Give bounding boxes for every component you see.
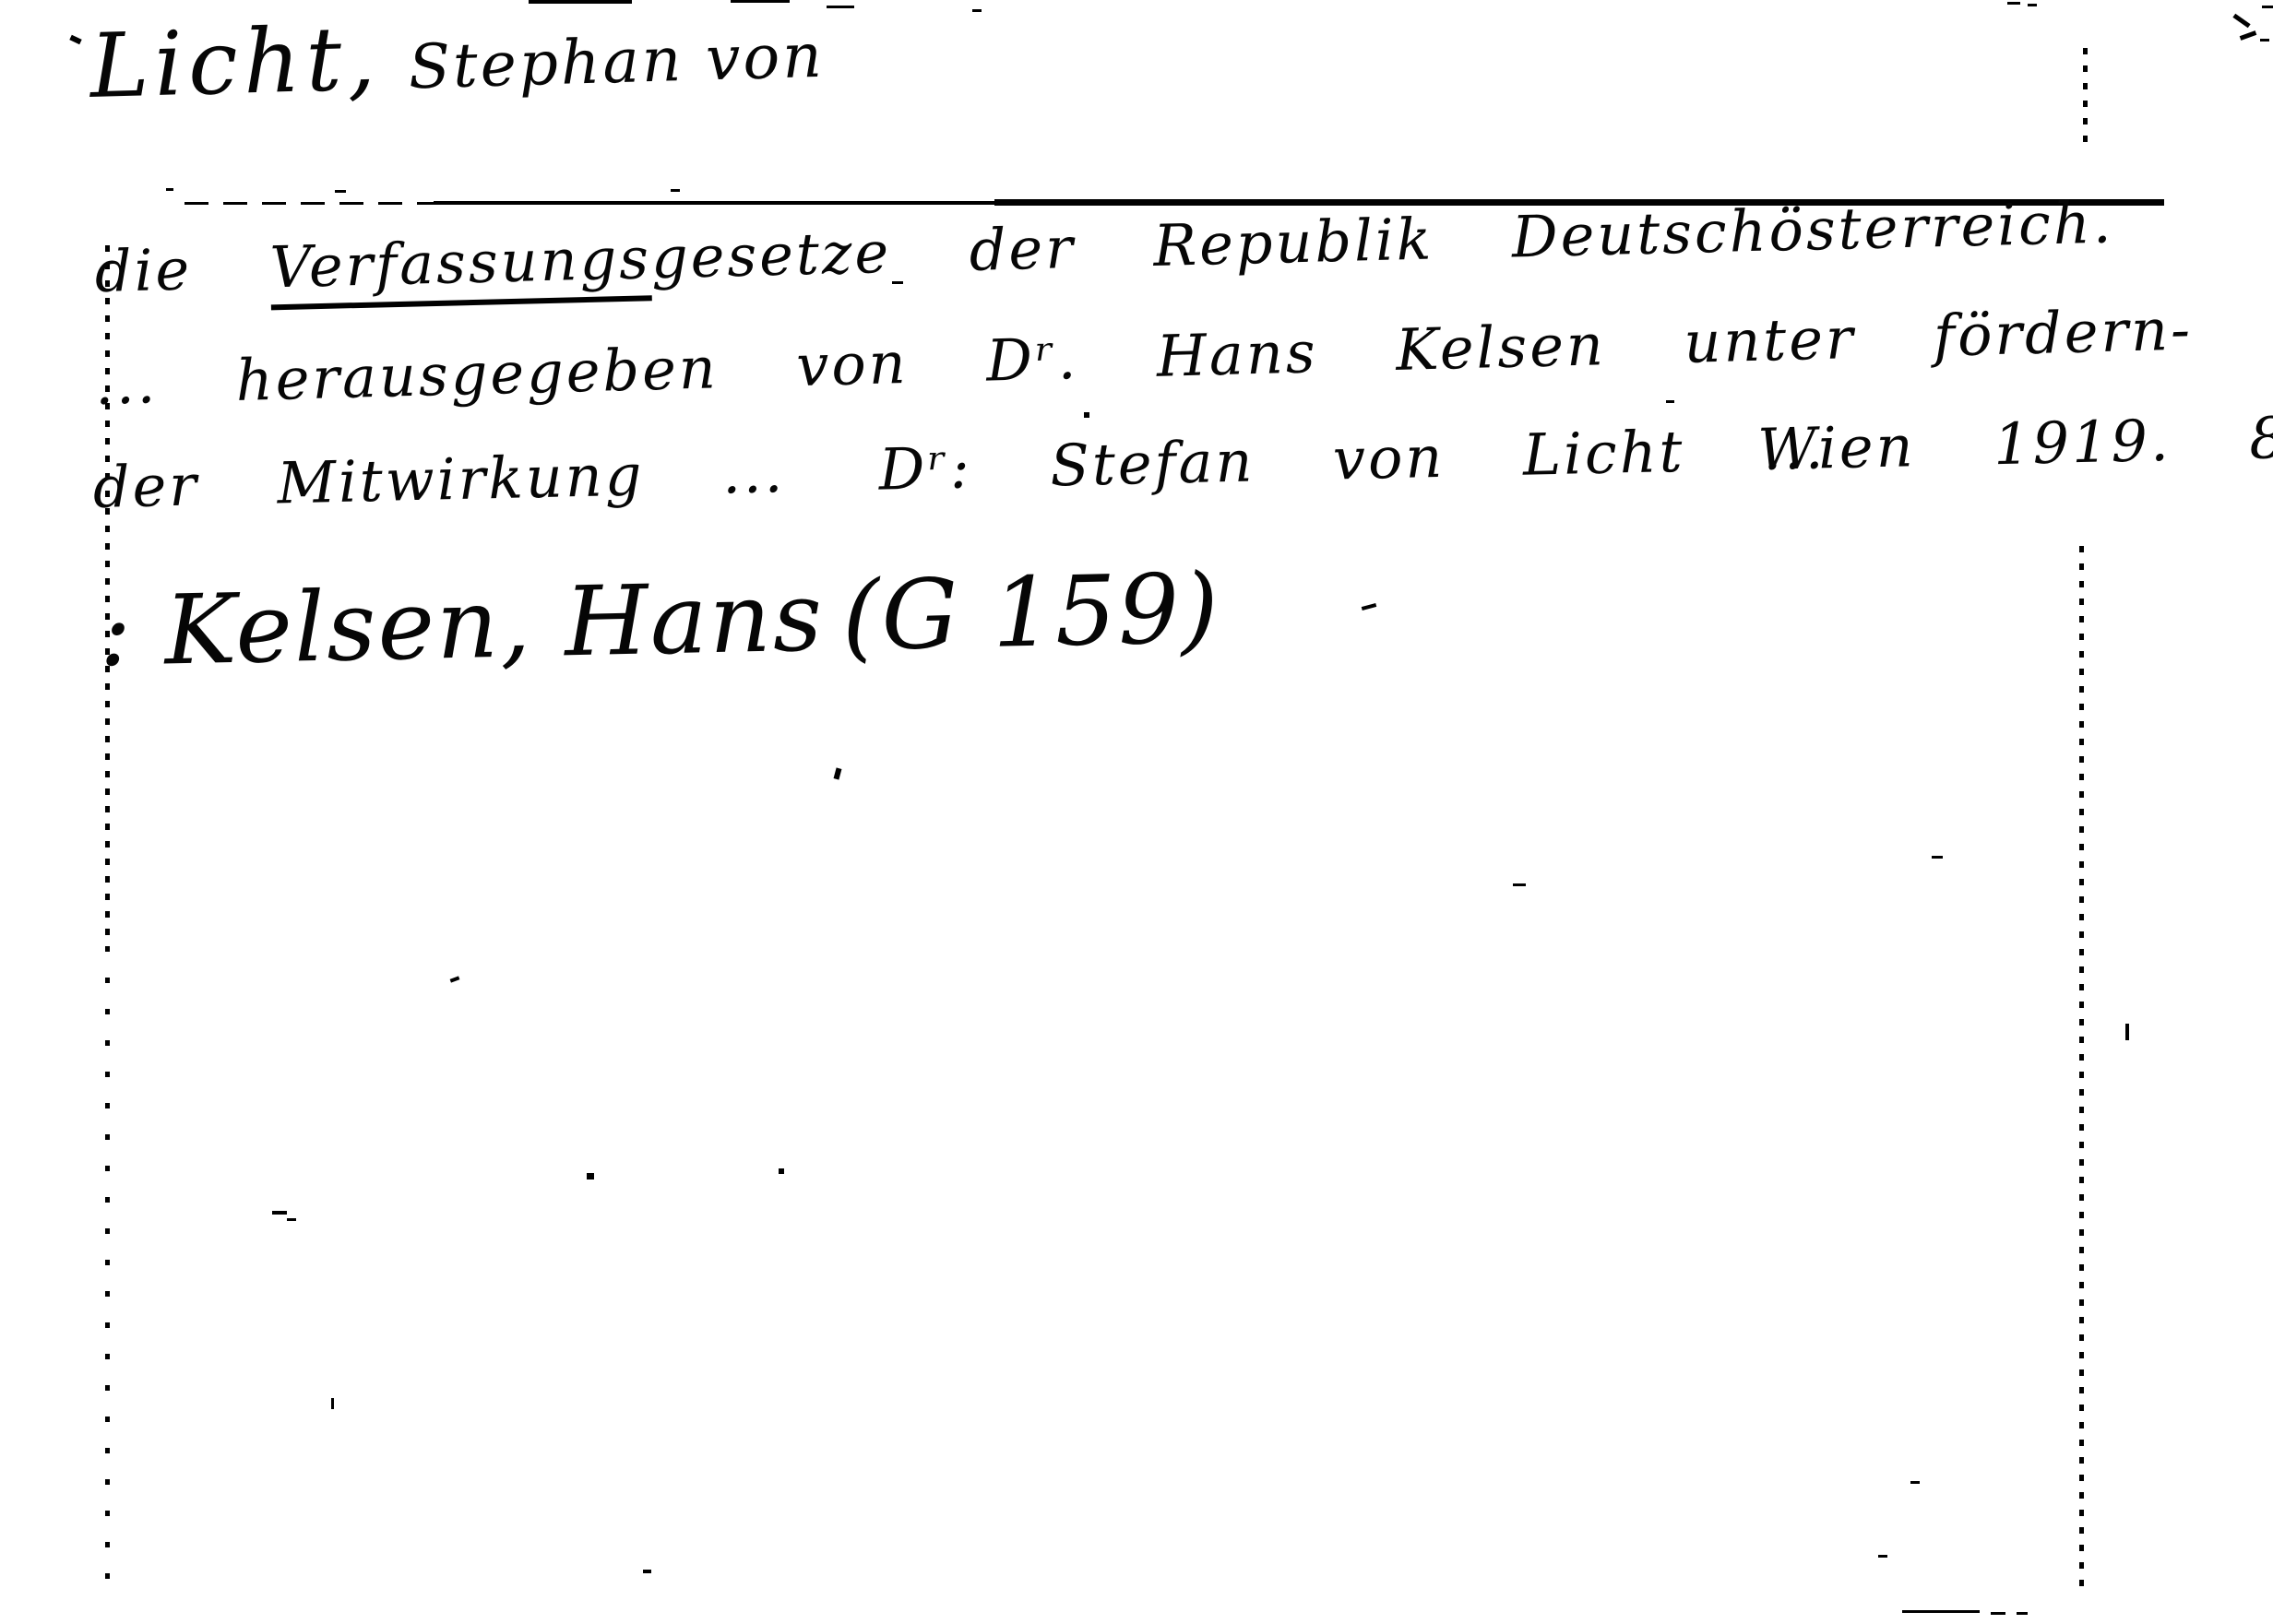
imprint-middle: Dʳ: Stefan von Licht ... xyxy=(878,414,1827,503)
imprint-right: Wien 1919. 8°. xyxy=(1757,403,2273,483)
scan-speck xyxy=(1878,1555,1887,1558)
scan-speck xyxy=(827,6,854,8)
scan-speck xyxy=(1932,856,1943,859)
scan-speck xyxy=(972,9,982,12)
scan-speck xyxy=(2028,4,2037,6)
scan-speck xyxy=(1910,1481,1920,1484)
title-pre: die xyxy=(94,233,271,305)
scan-speck xyxy=(1513,883,1526,886)
bottom-rule-dash xyxy=(2017,1612,2028,1615)
scan-speck xyxy=(1362,603,1376,610)
cross-reference-shelfmark: (G 159) xyxy=(841,552,1221,673)
scan-speck xyxy=(2007,2,2020,5)
scan-speck xyxy=(779,1168,784,1174)
left-margin-dotted-line-lower xyxy=(105,946,110,1583)
entry-editor-line: ... herausgegeben von Dʳ. Hans Kelsen un… xyxy=(94,295,2194,418)
heading-author-line: Licht,Stephan von xyxy=(89,0,826,118)
scan-squiggle xyxy=(2240,30,2257,41)
cross-reference-name: Kelsen, Hans xyxy=(163,561,825,687)
scan-speck xyxy=(272,1211,287,1215)
bottom-rule-dash xyxy=(1991,1612,2005,1615)
scan-speck xyxy=(450,976,460,982)
scan-speck xyxy=(643,1570,651,1573)
heading-forename: Stephan von xyxy=(408,20,826,103)
bottom-rule-segment xyxy=(1902,1610,1980,1613)
imprint-left: der Mitwirkung ... xyxy=(92,438,786,521)
header-rule-mid xyxy=(434,201,996,205)
scan-speck xyxy=(287,1218,296,1221)
title-underlined-word: Verfassungs xyxy=(269,224,652,310)
cross-reference-line: :Kelsen, Hans(G 159) xyxy=(98,552,1221,688)
heading-surname: Licht, xyxy=(89,6,382,118)
scan-speck xyxy=(2260,39,2269,41)
scan-speck xyxy=(529,0,632,4)
scan-speck xyxy=(834,767,842,779)
scan-speck xyxy=(1084,412,1089,418)
scan-speck xyxy=(731,0,790,3)
header-rule-dashed-start xyxy=(184,202,434,205)
scan-speck xyxy=(69,35,81,45)
scan-speck xyxy=(671,189,680,192)
scan-speck xyxy=(331,1398,334,1409)
entry-imprint-line: der Mitwirkung ... Dʳ: Stefan von Licht … xyxy=(0,404,2273,575)
scanned-catalog-card: Licht,Stephan von die Verfassungsgesetze… xyxy=(0,0,2273,1624)
entry-title-line: die Verfassungsgesetze der Republik Deut… xyxy=(94,189,2114,305)
right-margin-dotted-line-lower xyxy=(2079,546,2084,1594)
scan-speck xyxy=(892,281,903,284)
scan-squiggle xyxy=(2232,14,2250,29)
scan-speck xyxy=(335,190,346,193)
scan-speck xyxy=(2262,6,2273,8)
scan-speck xyxy=(2125,1024,2129,1040)
scan-speck xyxy=(1666,400,1674,403)
right-margin-dotted-line-upper xyxy=(2083,48,2088,153)
cross-reference-colon: : xyxy=(98,575,135,688)
scan-speck xyxy=(166,188,173,191)
scan-speck xyxy=(587,1173,594,1179)
